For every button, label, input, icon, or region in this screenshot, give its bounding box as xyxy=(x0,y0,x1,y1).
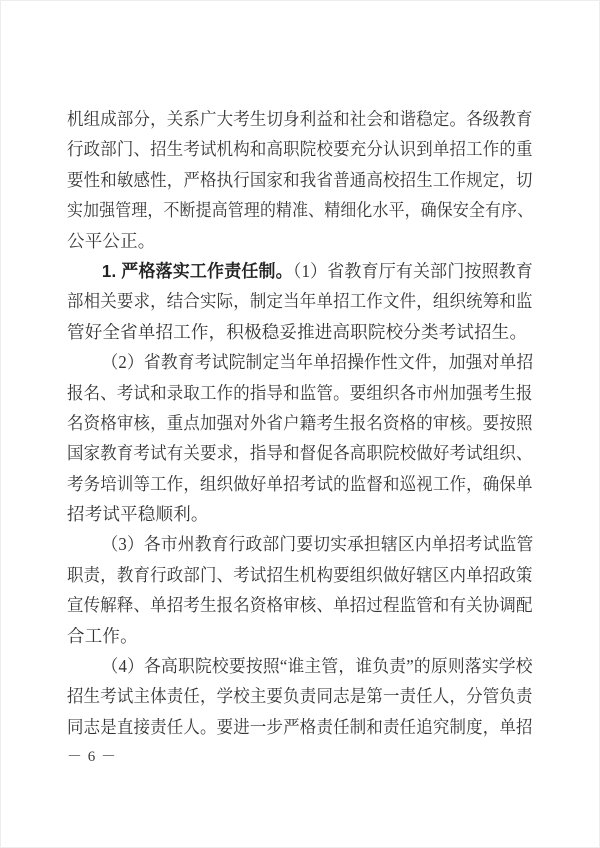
paragraph-item-1: 1. 严格落实工作责任制。（1）省教育厅有关部门按照教育 部相关要求，结合实际，… xyxy=(67,256,533,347)
text-line: 招考试平稳顺利。 xyxy=(67,499,533,529)
text-line: 公平公正。 xyxy=(67,226,533,256)
text-line: 宣传解释、单招考生报名资格审核、单招过程监管和有关协调配 xyxy=(67,590,505,620)
text-line: 管好全省单招工作，积极稳妥推进高职院校分类考试招生。 xyxy=(67,317,533,347)
text-line: 职责，教育行政部门、考试招生机构要组织做好辖区内单招政策 xyxy=(67,560,505,590)
text-line: 国家教育考试有关要求，指导和督促各高职院校做好考试组织、 xyxy=(67,438,505,468)
text-line: 部相关要求，结合实际，制定当年单招工作文件，组织统筹和监 xyxy=(67,286,505,316)
text-line: （3）各市州教育行政部门要切实承担辖区内单招考试监管 xyxy=(67,529,513,559)
document-page: 机组成部分，关系广大考生切身利益和社会和谐稳定。各级教育 行政部门、招生考试机构… xyxy=(0,0,600,848)
line-text: （1）省教育厅有关部门按照教育 xyxy=(293,261,533,281)
paragraph-item-4: （4）各高职院校要按照“谁主管，谁负责”的原则落实学校 招生考试主体责任，学校主… xyxy=(67,651,533,742)
text-line: 名资格审核，重点加强对外省户籍考生报名资格的审核。要按照 xyxy=(67,408,505,438)
text-line: 同志是直接责任人。要进一步严格责任制和责任追究制度，单招 xyxy=(67,712,505,742)
paragraph-item-2: （2）省教育考试院制定当年单招操作性文件，加强对单招 报名、考试和录取工作的指导… xyxy=(67,347,533,529)
text-line: 实加强管理，不断提高管理的精准、精细化水平，确保安全有序、 xyxy=(67,195,490,225)
text-line: 1. 严格落实工作责任制。（1）省教育厅有关部门按照教育 xyxy=(67,256,518,286)
paragraph-item-3: （3）各市州教育行政部门要切实承担辖区内单招考试监管 职责，教育行政部门、考试招… xyxy=(67,529,533,651)
text-line: 要性和敏感性，严格执行国家和我省普通高校招生工作规定，切 xyxy=(67,165,505,195)
text-line: 报名、考试和录取工作的指导和监管。要组织各市州加强考生报 xyxy=(67,378,505,408)
text-line: 考务培训等工作，组织做好单招考试的监督和巡视工作，确保单 xyxy=(67,469,505,499)
document-body: 机组成部分，关系广大考生切身利益和社会和谐稳定。各级教育 行政部门、招生考试机构… xyxy=(67,104,533,742)
text-line: 机组成部分，关系广大考生切身利益和社会和谐稳定。各级教育 xyxy=(67,104,505,134)
text-line: 招生考试主体责任，学校主要负责同志是第一责任人，分管负责 xyxy=(67,681,505,711)
text-line: 行政部门、招生考试机构和高职院校要充分认识到单招工作的重 xyxy=(67,134,505,164)
bold-lead-text: 1. 严格落实工作责任制。 xyxy=(102,261,293,281)
page-number: － 6 － xyxy=(67,746,117,768)
text-line: （4）各高职院校要按照“谁主管，谁负责”的原则落实学校 xyxy=(67,651,514,681)
text-line: 合工作。 xyxy=(67,621,533,651)
paragraph-continuation: 机组成部分，关系广大考生切身利益和社会和谐稳定。各级教育 行政部门、招生考试机构… xyxy=(67,104,533,256)
text-line: （2）省教育考试院制定当年单招操作性文件，加强对单招 xyxy=(67,347,513,377)
